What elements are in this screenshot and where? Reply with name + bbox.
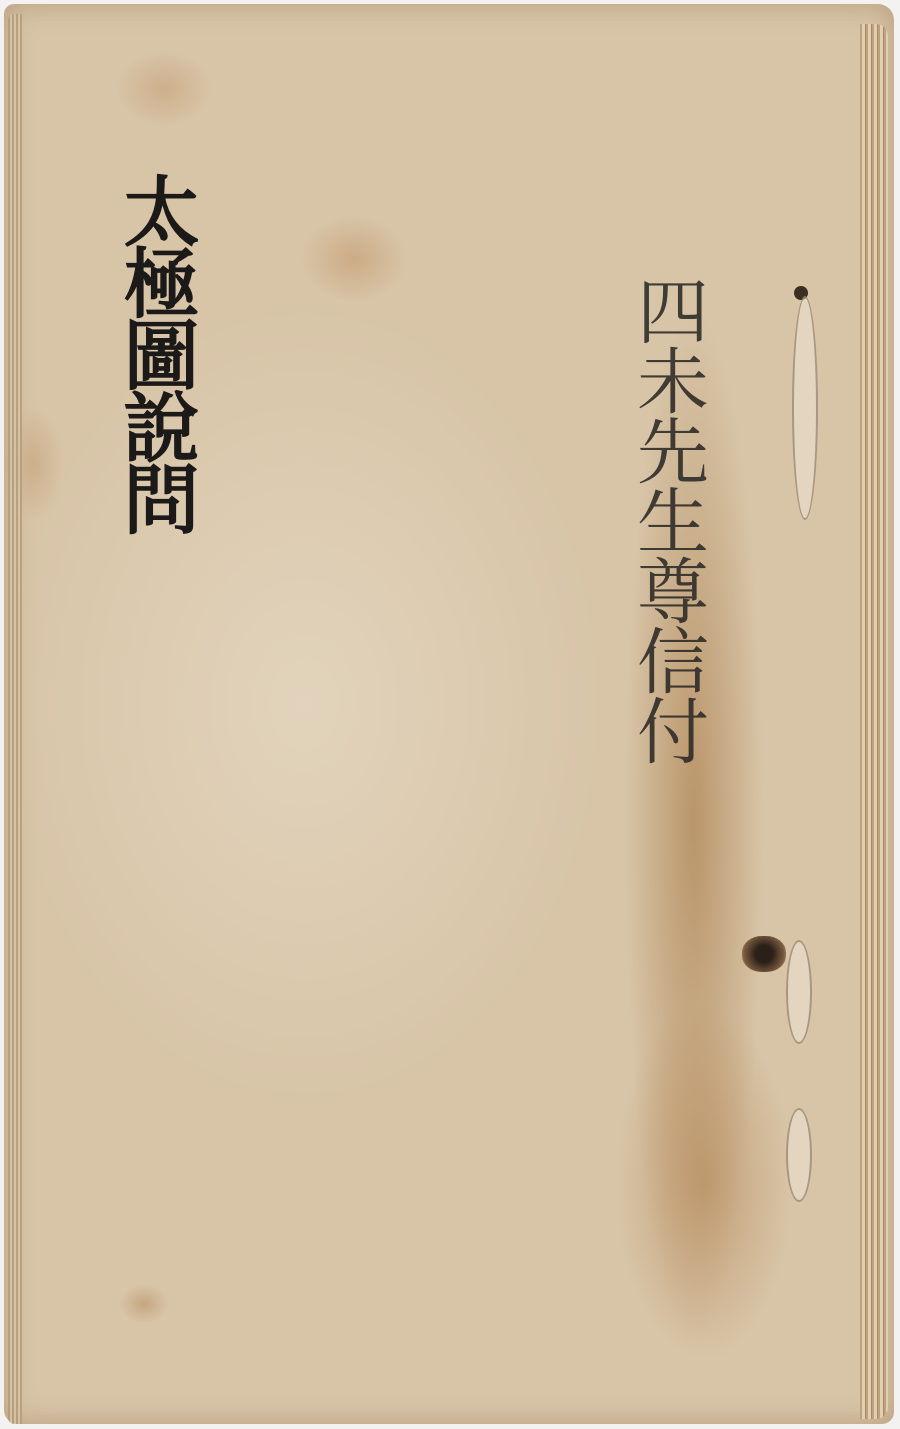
binding-stitch-icon: [786, 940, 812, 1044]
burn-mark-icon: [742, 936, 786, 972]
book-cover: 太極圖說問 四未先生尊信付: [4, 4, 894, 1424]
binding-stitch-icon: [786, 1108, 812, 1202]
cover-inscription: 四未先生尊信付: [622, 274, 712, 764]
binding-spine: [860, 24, 888, 1419]
cover-title: 太極圖說問: [110, 172, 200, 532]
page-edges-left: [8, 14, 22, 1424]
binding-stitch-icon: [792, 296, 818, 520]
